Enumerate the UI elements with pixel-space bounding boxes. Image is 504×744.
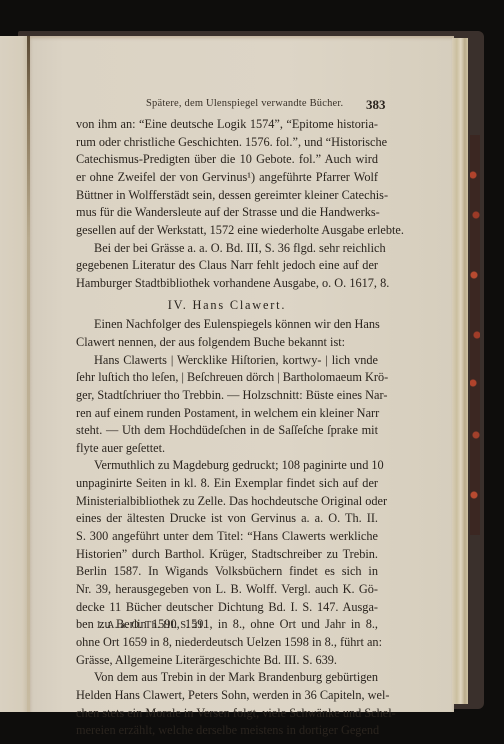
text-line: Von dem aus Trebin in der Mark Brandenbu… bbox=[76, 669, 378, 687]
text-line: Einen Nachfolger des Eulenspiegels könne… bbox=[76, 316, 378, 334]
text-line: ren auf einem runden Postament, in welch… bbox=[76, 405, 378, 423]
text-line: ger, Stadtſchriuer tho Trebbin. — Holzsc… bbox=[76, 387, 378, 405]
running-head: Spätere, dem Ulenspiegel verwandte Büche… bbox=[146, 98, 386, 109]
text-line: gegebenen Literatur des Claus Narr fehlt… bbox=[76, 257, 378, 275]
paragraph: Vermuthlich zu Magdeburg gedruckt; 108 p… bbox=[76, 457, 378, 669]
paragraph: Von dem aus Trebin in der Mark Brandenbu… bbox=[76, 669, 378, 740]
text-line: Ministerialbibliothek zu Zelle. Das hoch… bbox=[76, 493, 378, 511]
text-line: mus für die Wandersleute auf der Strasse… bbox=[76, 204, 378, 222]
text-line: ohne Ort 1659 in 8, niederdeutsch Uelzen… bbox=[76, 634, 378, 652]
paragraph: von ihm an: “Eine deutsche Logik 1574”, … bbox=[76, 116, 378, 240]
text-line: steht. — Uth dem Hochdüdeſchen in de Saſ… bbox=[76, 422, 378, 440]
page-stack-edge bbox=[452, 38, 468, 704]
left-page-edge bbox=[0, 36, 28, 712]
text-line: decke 11 Bücher deutscher Dichtung Bd. I… bbox=[76, 599, 378, 617]
text-line: Hamburger Stadtbibliothek vorhandene Aus… bbox=[76, 275, 378, 293]
text-line: S. 300 angeführt unter dem Titel: “Hans … bbox=[76, 528, 378, 546]
text-line: Bei der bei Grässe a. a. O. Bd. III, S. … bbox=[76, 240, 378, 258]
text-line: gesellen auf der Werkstatt, 1572 eine wi… bbox=[76, 222, 378, 240]
text-line: er ohne Zweifel der von Gervinus¹) angef… bbox=[76, 169, 378, 187]
text-line: ſehr luſtich tho leſen, | Beſchreuen dör… bbox=[76, 369, 378, 387]
page-body: von ihm an: “Eine deutsche Logik 1574”, … bbox=[76, 116, 378, 740]
text-line: Nr. 39, herausgegeben von L. B. Wolff. V… bbox=[76, 581, 378, 599]
paragraph: Einen Nachfolger des Eulenspiegels könne… bbox=[76, 316, 378, 351]
text-line: flyte auer geſettet. bbox=[76, 440, 378, 458]
text-line: rum oder christliche Geschichten. 1576. … bbox=[76, 134, 378, 152]
text-line: chen stets ein Morale in Versen folgt, v… bbox=[76, 705, 378, 723]
paragraph: Bei der bei Grässe a. a. O. Bd. III, S. … bbox=[76, 240, 378, 293]
text-line: Grässe, Allgemeine Literärgeschichte Bd.… bbox=[76, 652, 378, 670]
title-quotation: Hans Clawerts | Wercklike Hiſtorien, kor… bbox=[76, 352, 378, 458]
section-heading: IV. Hans Clawert. bbox=[76, 297, 378, 315]
marbled-edge bbox=[470, 135, 480, 535]
text-line: Büttner in Wolfferstädt sein, dessen ger… bbox=[76, 187, 378, 205]
text-line: Hans Clawerts | Wercklike Hiſtorien, kor… bbox=[76, 352, 378, 370]
text-line: Clawert nennen, der aus folgendem Buche … bbox=[76, 334, 378, 352]
text-line: mereien erzählt, welche derselbe meisten… bbox=[76, 722, 378, 740]
text-line: Berlin 1587. In Wigands Volksbüchern fin… bbox=[76, 563, 378, 581]
text-line: von ihm an: “Eine deutsche Logik 1574”, … bbox=[76, 116, 378, 134]
text-line: Helden Hans Clawert, Peters Sohn, werden… bbox=[76, 687, 378, 705]
text-line: unpaginirte Seiten in kl. 8. Ein Exempla… bbox=[76, 475, 378, 493]
page-number: 383 bbox=[366, 97, 386, 113]
text-line: eines der ältesten Drucke ist von Gervin… bbox=[76, 510, 378, 528]
text-line: Historien” durch Barthol. Krüger, Stadts… bbox=[76, 546, 378, 564]
text-line: Vermuthlich zu Magdeburg gedruckt; 108 p… bbox=[76, 457, 378, 475]
footnote: 1. A. a. O. Th. III. S. 21. bbox=[96, 620, 206, 631]
text-line: Catechismus-Predigten über die 10 Gebote… bbox=[76, 151, 378, 169]
